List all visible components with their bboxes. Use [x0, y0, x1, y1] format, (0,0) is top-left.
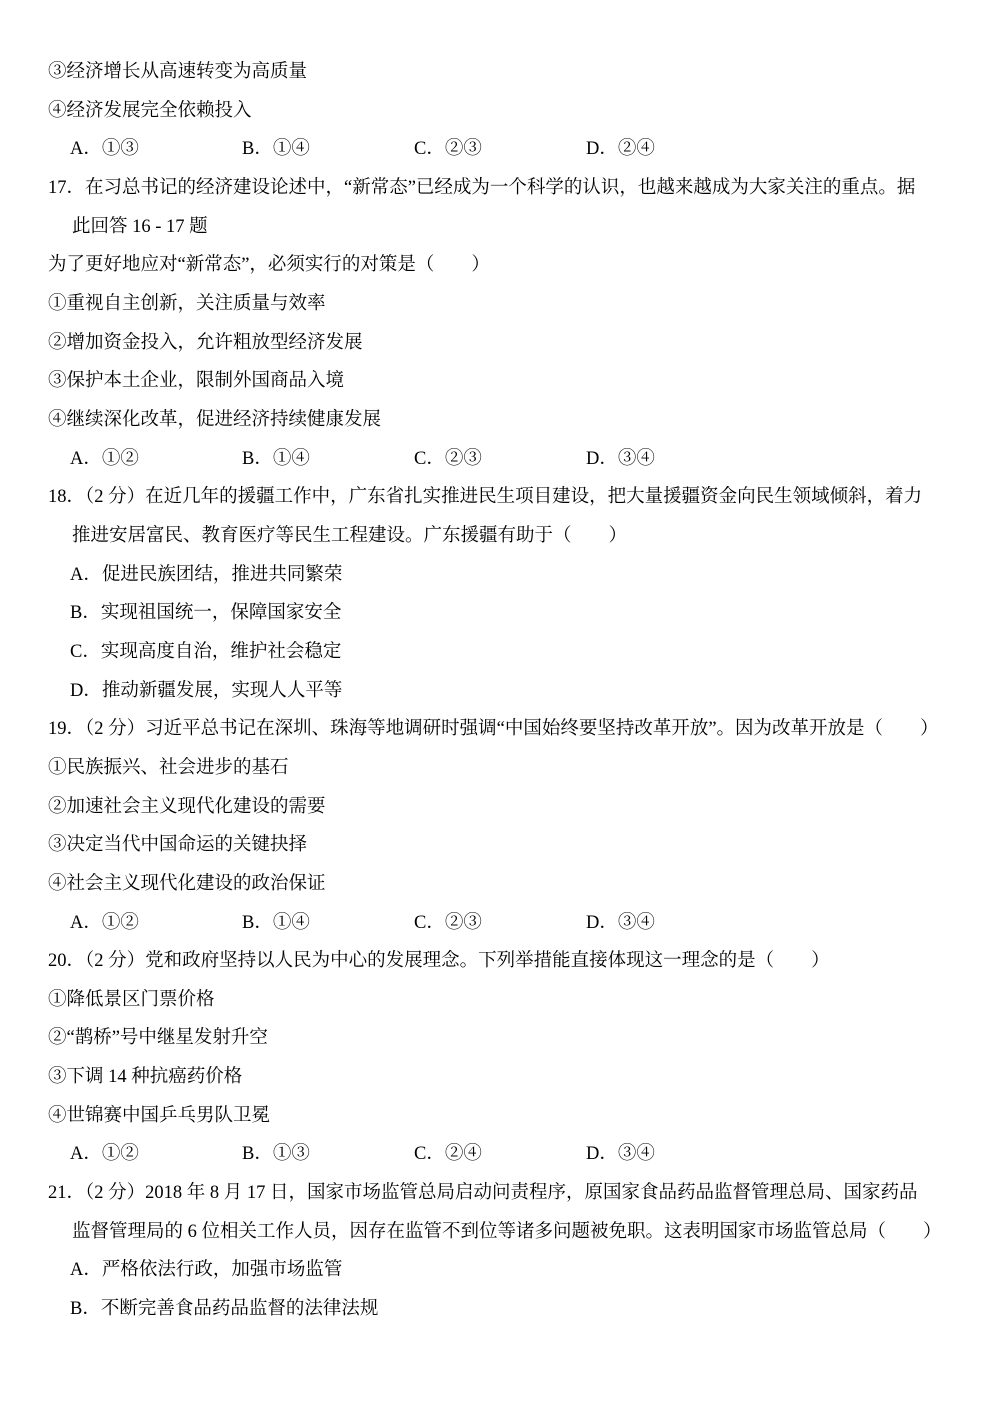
option-line-b: B．不断完善食品药品监督的法律法规 — [0, 1290, 992, 1329]
question-20-block: 20．（2 分）党和政府坚持以人民为中心的发展理念。下列举措能直接体现这一理念的… — [0, 942, 992, 1174]
statement-line: ③下调 14 种抗癌药价格 — [0, 1058, 992, 1097]
question-substem-line: 为了更好地应对“新常态”，必须实行的对策是（ ） — [0, 246, 992, 285]
statement-line: ④世锦赛中国乒乓男队卫冕 — [0, 1097, 992, 1136]
choice-a: A．①② — [70, 1145, 242, 1164]
statement-line: ④继续深化改革，促进经济持续健康发展 — [0, 401, 992, 440]
choice-d: D．②④ — [586, 140, 655, 159]
choice-a: A．①② — [70, 450, 242, 469]
choice-d: D．③④ — [586, 450, 655, 469]
choice-c: C．②④ — [414, 1145, 586, 1164]
option-line-b: B．实现祖国统一，保障国家安全 — [0, 594, 992, 633]
option-line-c: C．实现高度自治，维护社会稳定 — [0, 633, 992, 672]
option-line-d: D．推动新疆发展，实现人人平等 — [0, 672, 992, 711]
statement-line: ③经济增长从高速转变为高质量 — [0, 53, 992, 92]
choice-row: A．①② B．①④ C．②③ D．③④ — [0, 440, 992, 479]
question-stem-continuation: 监督管理局的 6 位相关工作人员，因存在监管不到位等诸多问题被免职。这表明国家市… — [0, 1213, 992, 1252]
question-stem-continuation: 推进安居富民、教育医疗等民生工程建设。广东援疆有助于（ ） — [0, 517, 992, 556]
choice-d: D．③④ — [586, 1145, 655, 1164]
question-16-tail-block: ③经济增长从高速转变为高质量 ④经济发展完全依赖投入 A．①③ B．①④ C．②… — [0, 53, 992, 169]
choice-d: D．③④ — [586, 914, 655, 933]
question-21-block: 21．（2 分）2018 年 8 月 17 日，国家市场监管总局启动问责程序，原… — [0, 1174, 992, 1329]
question-stem-line: 17．在习总书记的经济建设论述中，“新常态”已经成为一个科学的认识，也越来越成为… — [0, 169, 992, 208]
statement-line: ③决定当代中国命运的关键抉择 — [0, 826, 992, 865]
statement-line: ④经济发展完全依赖投入 — [0, 92, 992, 131]
statement-line: ②加速社会主义现代化建设的需要 — [0, 787, 992, 826]
choice-b: B．①③ — [242, 1145, 414, 1164]
choice-c: C．②③ — [414, 140, 586, 159]
question-18-block: 18．（2 分）在近几年的援疆工作中，广东省扎实推进民生项目建设，把大量援疆资金… — [0, 478, 992, 710]
choice-c: C．②③ — [414, 914, 586, 933]
choice-row: A．①③ B．①④ C．②③ D．②④ — [0, 130, 992, 169]
statement-line: ②增加资金投入，允许粗放型经济发展 — [0, 324, 992, 363]
choice-row: A．①② B．①③ C．②④ D．③④ — [0, 1135, 992, 1174]
statement-line: ①降低景区门票价格 — [0, 981, 992, 1020]
exam-page: ③经济增长从高速转变为高质量 ④经济发展完全依赖投入 A．①③ B．①④ C．②… — [0, 0, 992, 1329]
question-stem-line: 19．（2 分）习近平总书记在深圳、珠海等地调研时强调“中国始终要坚持改革开放”… — [0, 710, 992, 749]
statement-line: ①民族振兴、社会进步的基石 — [0, 749, 992, 788]
statement-line: ④社会主义现代化建设的政治保证 — [0, 865, 992, 904]
question-stem-line: 21．（2 分）2018 年 8 月 17 日，国家市场监管总局启动问责程序，原… — [0, 1174, 992, 1213]
choice-b: B．①④ — [242, 914, 414, 933]
option-line-a: A．促进民族团结，推进共同繁荣 — [0, 556, 992, 595]
question-19-block: 19．（2 分）习近平总书记在深圳、珠海等地调研时强调“中国始终要坚持改革开放”… — [0, 710, 992, 942]
choice-a: A．①③ — [70, 140, 242, 159]
option-line-a: A．严格依法行政，加强市场监管 — [0, 1251, 992, 1290]
choice-c: C．②③ — [414, 450, 586, 469]
statement-line: ①重视自主创新，关注质量与效率 — [0, 285, 992, 324]
question-stem-continuation: 此回答 16 - 17 题 — [0, 208, 992, 247]
choice-a: A．①② — [70, 914, 242, 933]
choice-row: A．①② B．①④ C．②③ D．③④ — [0, 903, 992, 942]
question-stem-line: 20．（2 分）党和政府坚持以人民为中心的发展理念。下列举措能直接体现这一理念的… — [0, 942, 992, 981]
question-17-block: 17．在习总书记的经济建设论述中，“新常态”已经成为一个科学的认识，也越来越成为… — [0, 169, 992, 478]
statement-line: ②“鹊桥”号中继星发射升空 — [0, 1019, 992, 1058]
question-stem-line: 18．（2 分）在近几年的援疆工作中，广东省扎实推进民生项目建设，把大量援疆资金… — [0, 478, 992, 517]
statement-line: ③保护本土企业，限制外国商品入境 — [0, 362, 992, 401]
choice-b: B．①④ — [242, 450, 414, 469]
choice-b: B．①④ — [242, 140, 414, 159]
